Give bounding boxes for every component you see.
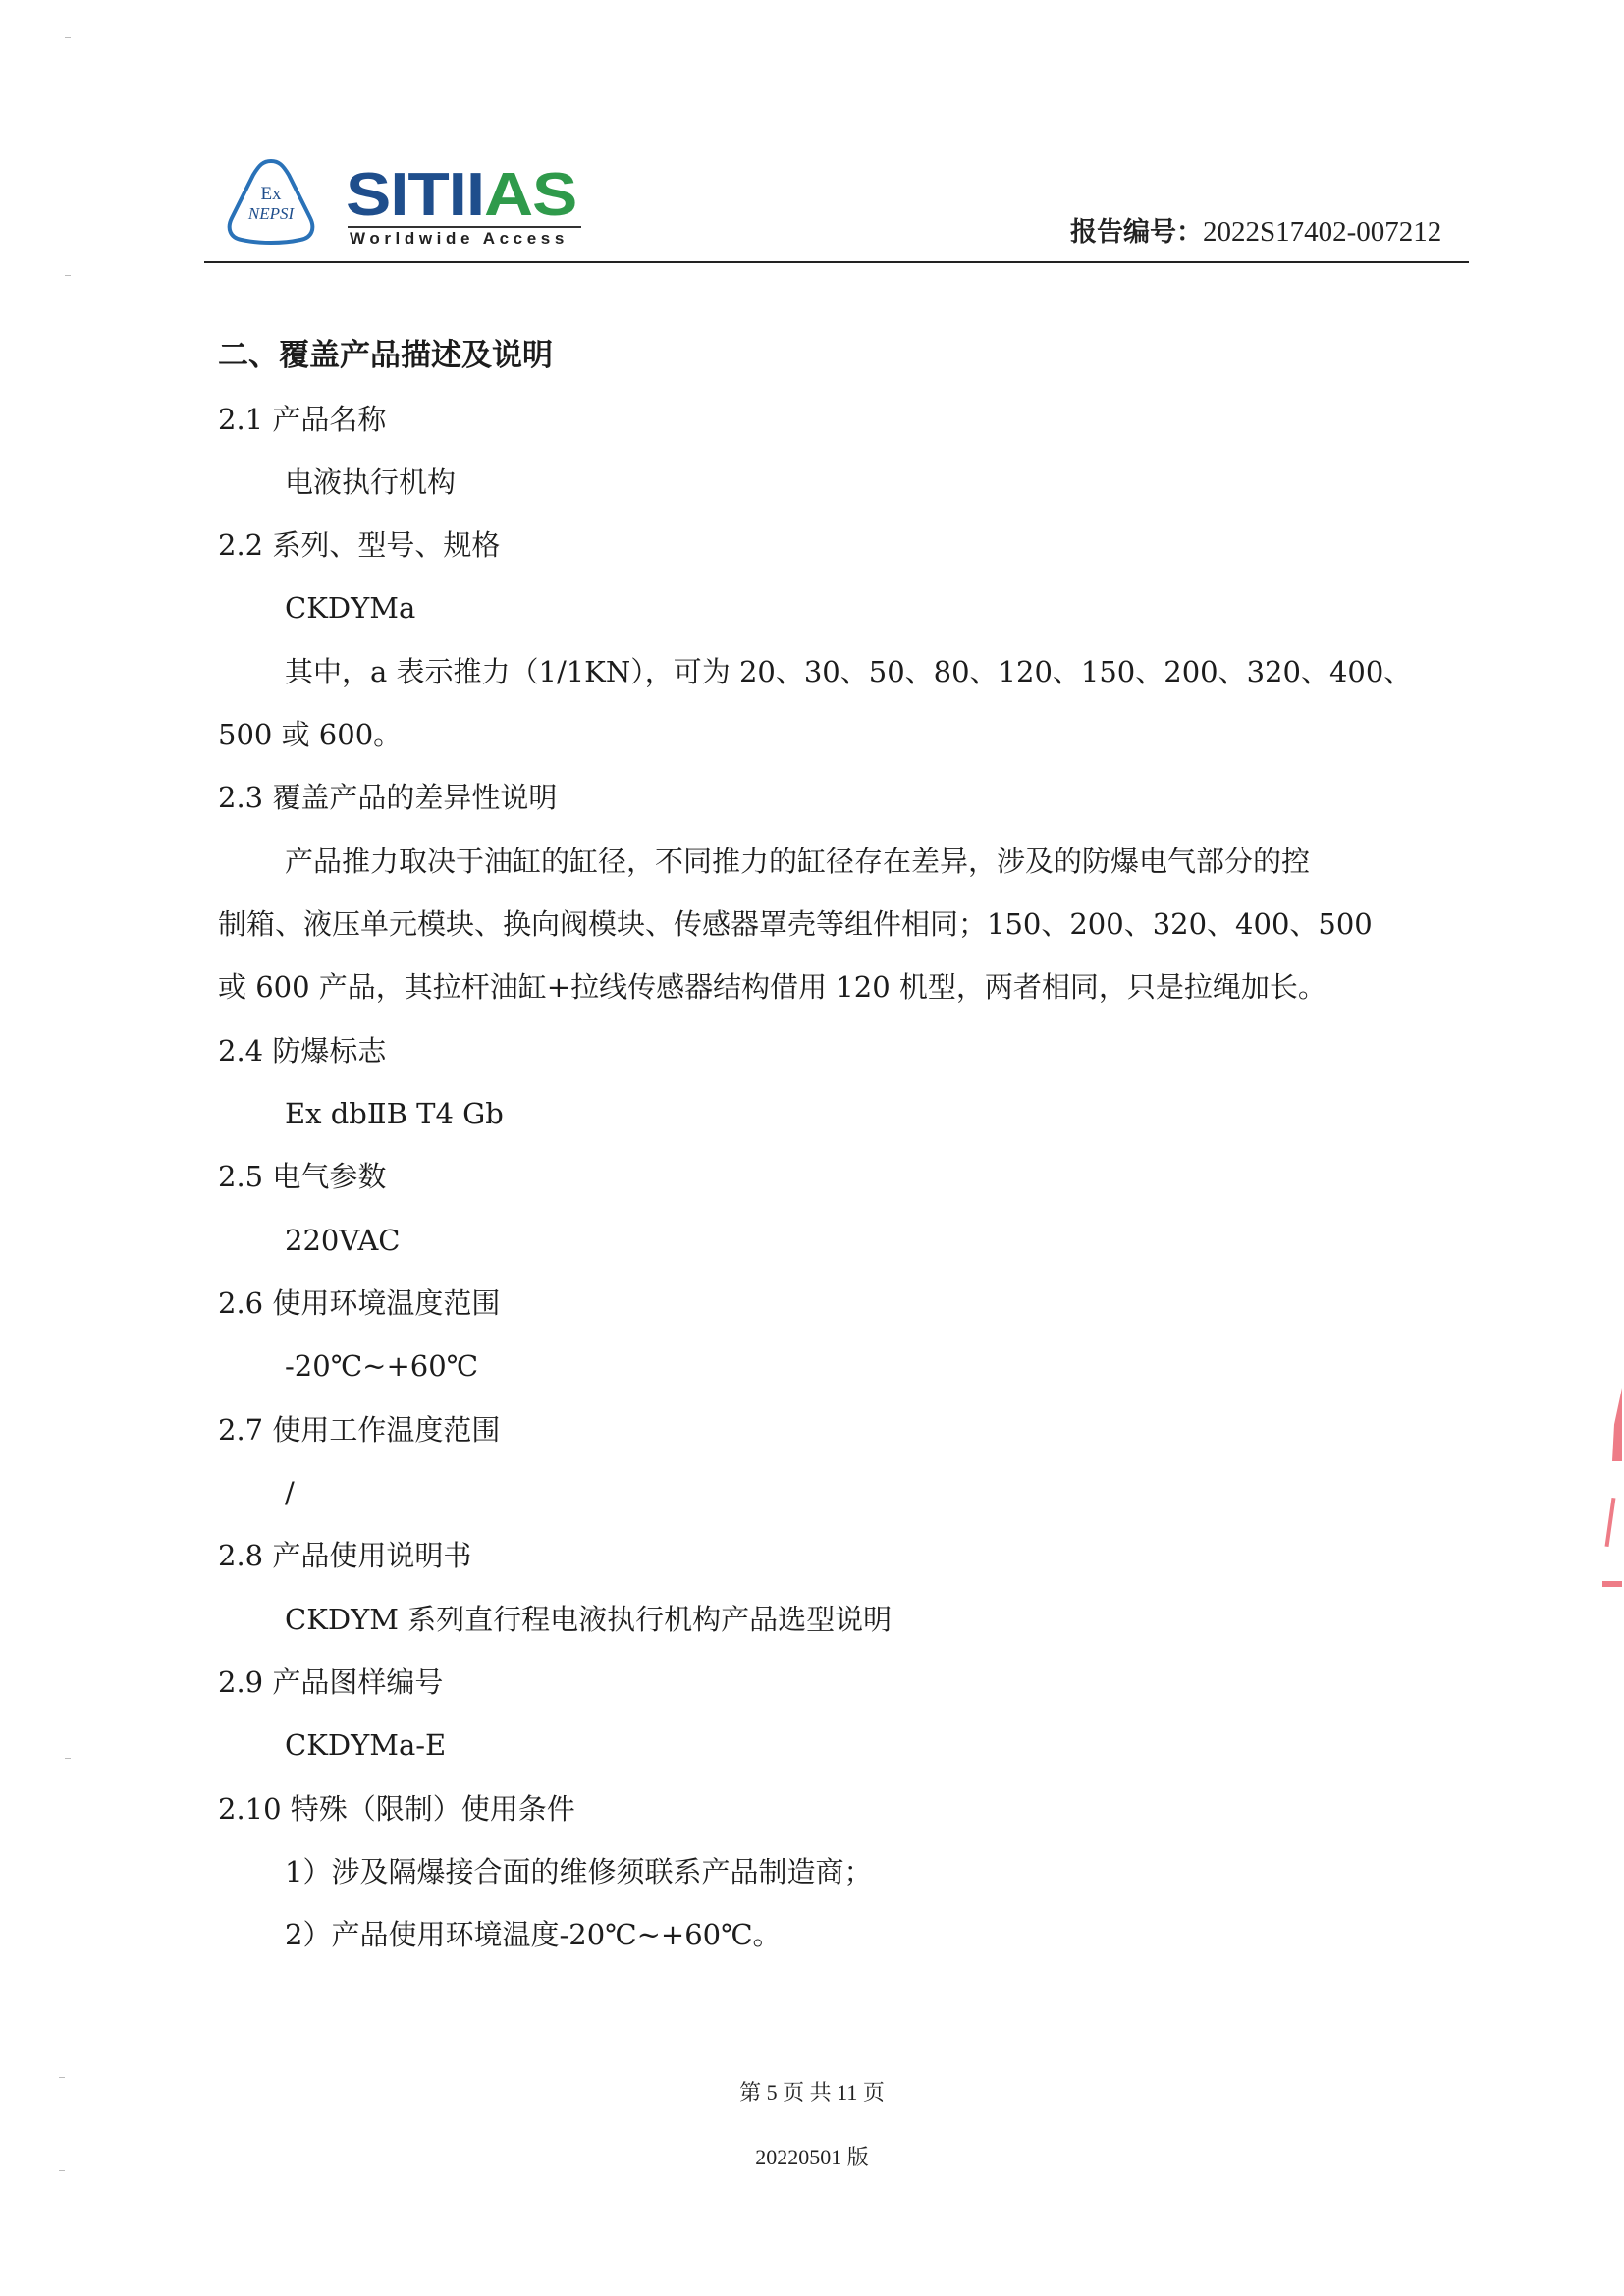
report-number-label: 报告编号： (1070, 217, 1203, 247)
ambient-temp-value: -20℃~+60℃ (285, 1349, 478, 1383)
ex-marking-value: Ex dbⅡB T4 Gb (285, 1097, 504, 1130)
section-title-2-3: 2.3 覆盖产品的差异性说明 (218, 781, 557, 814)
section-heading: 二、覆盖产品描述及说明 (218, 339, 553, 372)
nepsi-logo-line2: NEPSI (224, 204, 318, 224)
nepsi-logo: Ex NEPSI (224, 155, 318, 249)
report-number: 报告编号：2022S17402-007212 (1070, 210, 1441, 248)
drawing-number-value: CKDYMa-E (285, 1728, 446, 1762)
product-name-value: 电液执行机构 (285, 465, 456, 499)
header-divider (204, 261, 1469, 263)
section-title-2-9: 2.9 产品图样编号 (218, 1666, 443, 1699)
nepsi-logo-line1: Ex (224, 185, 318, 204)
special-condition-2: 2）产品使用环境温度-20℃~+60℃。 (285, 1918, 782, 1951)
section-title-2-8: 2.8 产品使用说明书 (218, 1539, 471, 1572)
page-number: 第 5 页 共 11 页 (0, 2076, 1624, 2106)
working-temp-value: / (285, 1476, 295, 1509)
model-description-line1: 其中，a 表示推力（1/1KN），可为 20、30、50、80、120、150、… (285, 655, 1412, 688)
logo-tagline: Worldwide Access (350, 229, 568, 248)
model-description-line2: 500 或 600。 (218, 718, 402, 751)
manual-value: CKDYM 系列直行程电液执行机构产品选型说明 (285, 1603, 892, 1636)
version-label: 20220501 版 (0, 2141, 1624, 2171)
difference-line3: 或 600 产品，其拉杆油缸+拉线传感器结构借用 120 机型，两者相同，只是拉… (218, 970, 1326, 1004)
special-condition-1: 1）涉及隔爆接合面的维修须联系产品制造商； (285, 1855, 872, 1888)
electrical-params-value: 220VAC (285, 1224, 400, 1257)
difference-line2: 制箱、液压单元模块、换向阀模块、传感器罩壳等组件相同；150、200、320、4… (218, 907, 1373, 941)
logo-underline (348, 226, 581, 228)
report-number-value: 2022S17402-007212 (1203, 216, 1441, 247)
section-title-2-2: 2.2 系列、型号、规格 (218, 528, 500, 562)
section-title-2-6: 2.6 使用环境温度范围 (218, 1286, 500, 1320)
sitiias-logo-text: SITIIAS (346, 165, 576, 226)
section-title-2-7: 2.7 使用工作温度范围 (218, 1413, 500, 1447)
model-value: CKDYMa (285, 591, 415, 625)
section-title-2-5: 2.5 电气参数 (218, 1160, 386, 1193)
sitiias-brand-part2: AS (484, 161, 576, 229)
section-title-2-4: 2.4 防爆标志 (218, 1034, 386, 1067)
difference-line1: 产品推力取决于油缸的缸径，不同推力的缸径存在差异，涉及的防爆电气部分的控 (285, 845, 1310, 878)
sitiias-brand-part1: SITII (346, 161, 484, 229)
section-title-2-10: 2.10 特殊（限制）使用条件 (218, 1792, 575, 1826)
section-title-2-1: 2.1 产品名称 (218, 403, 386, 436)
